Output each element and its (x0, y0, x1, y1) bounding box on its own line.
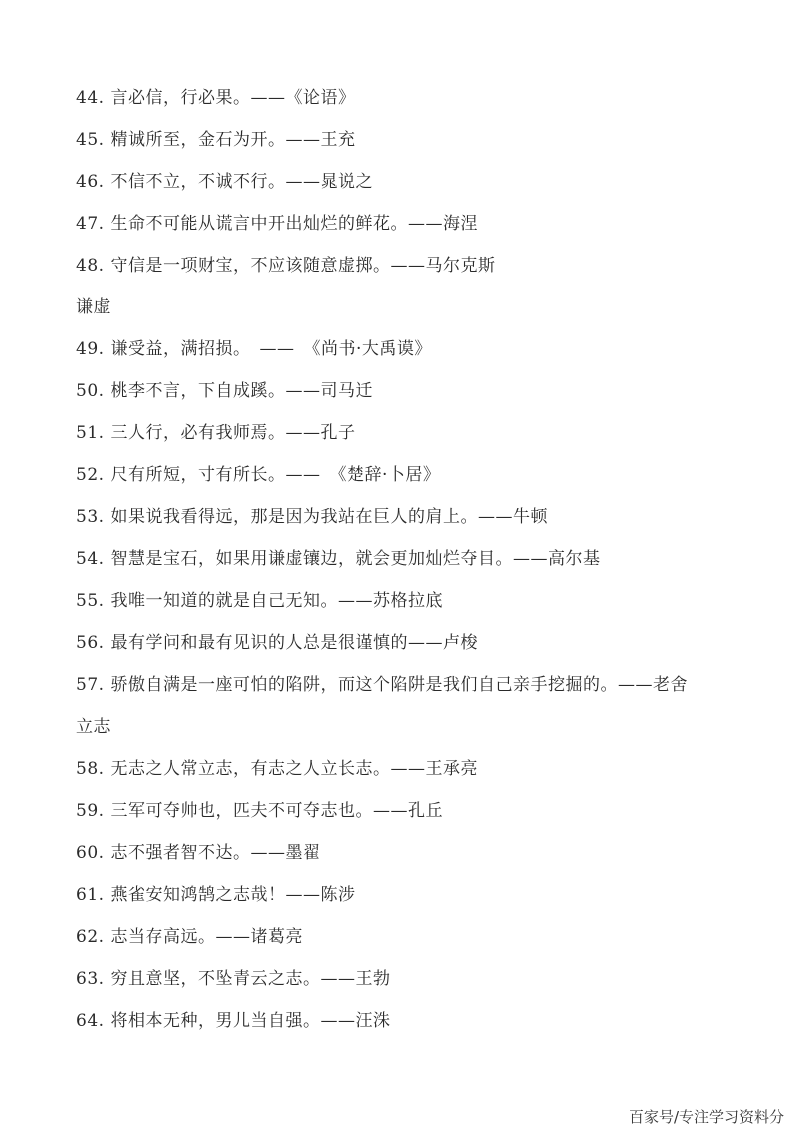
quote-line: 56. 最有学问和最有见识的人总是很谨慎的——卢梭 (76, 633, 478, 653)
quote-line: 63. 穷且意坚，不坠青云之志。——王勃 (76, 969, 390, 989)
quote-line: 51. 三人行，必有我师焉。——孔子 (76, 423, 355, 443)
quote-line: 46. 不信不立，不诚不行。——晁说之 (76, 172, 373, 192)
quote-line: 52. 尺有所短，寸有所长。—— 《楚辞·卜居》 (76, 465, 440, 485)
quote-line: 60. 志不强者智不达。——墨翟 (76, 843, 320, 863)
quote-line: 58. 无志之人常立志，有志之人立长志。——王承亮 (76, 759, 478, 779)
quote-line: 62. 志当存高远。——诸葛亮 (76, 927, 303, 947)
quote-line: 55. 我唯一知道的就是自己无知。——苏格拉底 (76, 591, 443, 611)
quote-line: 54. 智慧是宝石，如果用谦虚镶边，就会更加灿烂夺目。——高尔基 (76, 549, 600, 569)
quote-line: 64. 将相本无种，男儿当自强。——汪洙 (76, 1011, 390, 1031)
quote-line: 47. 生命不可能从谎言中开出灿烂的鲜花。——海涅 (76, 214, 478, 234)
watermark: 百家号/专注学习资料分 (629, 1106, 784, 1127)
quote-line: 44. 言必信，行必果。——《论语》 (76, 88, 355, 108)
quote-line: 53. 如果说我看得远，那是因为我站在巨人的肩上。——牛顿 (76, 507, 548, 527)
section-heading: 立志 (76, 717, 111, 737)
quote-line: 49. 谦受益，满招损。 —— 《尚书·大禹谟》 (76, 339, 432, 359)
quote-line: 57. 骄傲自满是一座可怕的陷阱，而这个陷阱是我们自己亲手挖掘的。——老舍 (76, 675, 688, 695)
quote-line: 48. 守信是一项财宝，不应该随意虚掷。——马尔克斯 (76, 256, 495, 276)
document-page: 44. 言必信，行必果。——《论语》 45. 精诚所至，金石为开。——王充 46… (0, 0, 800, 1132)
quote-line: 45. 精诚所至，金石为开。——王充 (76, 130, 355, 150)
quote-line: 59. 三军可夺帅也，匹夫不可夺志也。——孔丘 (76, 801, 443, 821)
quote-line: 50. 桃李不言，下自成蹊。——司马迁 (76, 381, 373, 401)
section-heading: 谦虚 (76, 297, 111, 317)
quote-line: 61. 燕雀安知鸿鹄之志哉！——陈涉 (76, 885, 355, 905)
